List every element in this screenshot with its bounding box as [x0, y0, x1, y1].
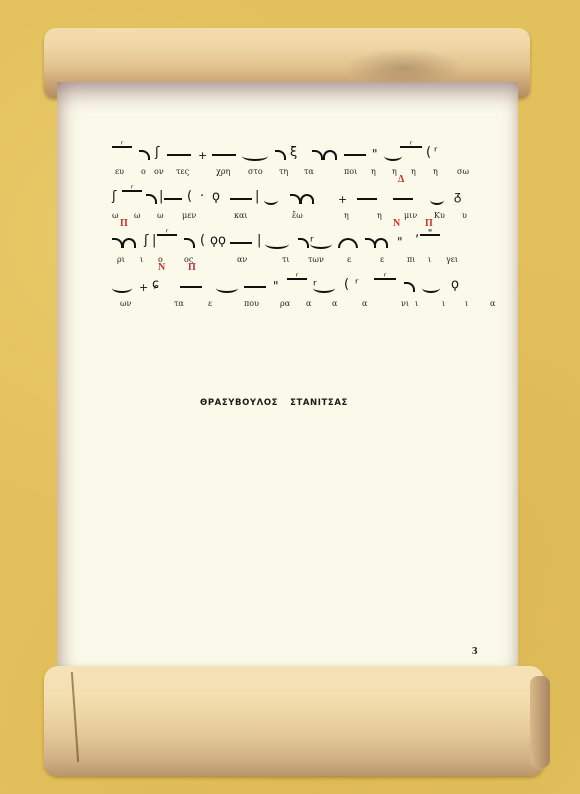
red-martyria-mark: N — [393, 218, 400, 229]
lyric-syllable: η — [371, 167, 376, 176]
neume-sign-icon: ʳ — [112, 138, 132, 154]
lyric-syllable: ι — [415, 299, 418, 308]
lyric-syllable: πι — [407, 255, 415, 264]
neume-sign-icon — [264, 190, 278, 206]
lyric-syllable: ι — [428, 255, 431, 264]
neume-sign-icon — [164, 190, 182, 206]
neume-sign-icon — [244, 278, 266, 294]
lyric-syllable: νι — [401, 299, 409, 308]
neume-sign-icon — [404, 278, 414, 294]
lyric-syllable: στο — [248, 167, 263, 176]
neume-row: ʃʳ|(·ϙ|+ᵹΔ — [112, 184, 474, 210]
neume-row: ʃ|ʳ(ϙϙ|ʳ"ʼ"ΠNΠ — [112, 228, 474, 254]
neume-sign-icon: | — [255, 189, 259, 205]
lyric-syllable: Κυ — [434, 211, 445, 220]
neume-sign-icon: ʳ — [310, 234, 332, 250]
neume-sign-icon — [212, 146, 236, 162]
red-martyria-mark: Π — [425, 218, 433, 229]
neume-sign-icon: " — [372, 146, 380, 162]
lyric-syllable: ο — [141, 167, 146, 176]
neume-sign-icon: | — [159, 189, 163, 205]
neume-sign-icon: " — [397, 234, 405, 250]
neume-sign-icon — [300, 190, 314, 206]
lyric-syllable: ον — [154, 167, 164, 176]
neume-sign-icon — [139, 146, 149, 162]
lyric-syllable: τα — [304, 167, 314, 176]
neume-sign-icon — [112, 234, 122, 250]
neume-sign-icon — [323, 146, 337, 162]
neume-sign-icon — [167, 146, 191, 162]
lyric-syllable: ι — [465, 299, 468, 308]
neume-sign-icon: ( — [187, 189, 197, 205]
neume-sign-icon: ʳ — [434, 145, 444, 161]
neume-sign-icon: ɕ — [152, 277, 168, 293]
scroll-bottom-roller — [44, 666, 544, 776]
red-martyria-mark: Π — [120, 218, 128, 229]
lyric-syllable: γει — [446, 255, 458, 264]
lyric-syllable: ποι — [344, 167, 357, 176]
neume-sign-icon — [112, 278, 132, 294]
lyric-syllable: α — [362, 299, 367, 308]
lyric-syllable: ε — [347, 255, 351, 264]
lyric-syllable: χρη — [216, 167, 230, 176]
neume-sign-icon: ϙ — [212, 189, 220, 205]
neume-sign-icon: ʳ — [374, 270, 396, 286]
neume-sign-icon: | — [152, 233, 156, 249]
neume-sign-icon: " — [273, 278, 281, 294]
lyric-row: ριιοοςαντιτωνεεπιιγει — [112, 255, 474, 267]
neume-sign-icon — [344, 146, 366, 162]
neume-sign-icon: ʳ — [313, 278, 335, 294]
neume-sign-icon: ʳ — [122, 182, 142, 198]
lyric-syllable: ι — [140, 255, 143, 264]
lyric-syllable: ω — [157, 211, 164, 220]
red-martyria-mark: N — [158, 262, 165, 273]
neume-sign-icon: ʃ — [112, 189, 118, 205]
lyric-syllable: τη — [279, 167, 288, 176]
red-martyria-mark: Δ — [398, 174, 404, 185]
roller-end-cap — [530, 676, 550, 768]
lyric-syllable: ἔω — [292, 211, 303, 220]
lyric-syllable: τα — [174, 299, 184, 308]
neume-sign-icon — [374, 234, 388, 250]
lyric-syllable: ι — [442, 299, 445, 308]
lyric-row: ωνταεπουραααανιιιια — [112, 299, 474, 311]
neume-sign-icon — [265, 234, 289, 250]
neume-sign-icon: ( — [200, 233, 210, 249]
neume-sign-icon: ʃ — [144, 233, 150, 249]
lyric-syllable: ε — [208, 299, 212, 308]
lyric-syllable: ω — [134, 211, 141, 220]
lyric-syllable: α — [306, 299, 311, 308]
lyric-syllable: ων — [120, 299, 131, 308]
neume-sign-icon: + — [139, 280, 147, 296]
lyric-syllable: υ — [462, 211, 467, 220]
lyric-syllable: α — [332, 299, 337, 308]
lyric-syllable: ε — [380, 255, 384, 264]
neume-sign-icon: ʼ — [415, 233, 419, 249]
author-first-name: ΘΡΑΣΥΒΟΥΛΟΣ — [200, 398, 278, 408]
neume-sign-icon: ʃ — [155, 145, 161, 161]
neume-sign-icon — [290, 190, 300, 206]
lyric-syllable: η — [392, 167, 397, 176]
neume-sign-icon — [146, 190, 156, 206]
neume-sign-icon — [242, 146, 268, 162]
neume-sign-icon: ( — [344, 277, 352, 293]
score-line: ʃ|ʳ(ϙϙ|ʳ"ʼ"ΠNΠριιοοςαντιτωνεεπιιγει — [112, 228, 474, 272]
neume-sign-icon: + — [198, 148, 206, 164]
score-line: +ɕ"ʳʳ(ʳʳϙNΠωνταεπουραααανιιιια — [112, 272, 474, 316]
neume-sign-icon — [312, 146, 322, 162]
neume-sign-icon — [180, 278, 202, 294]
neume-sign-icon: ( — [426, 145, 434, 161]
neume-sign-icon — [216, 278, 238, 294]
neume-sign-icon — [230, 234, 252, 250]
neume-sign-icon — [122, 234, 136, 250]
neume-sign-icon: ʳ — [157, 226, 177, 242]
neume-sign-icon: ʳ — [400, 138, 422, 154]
lyric-syllable: ρα — [280, 299, 290, 308]
neume-sign-icon: ʳ — [355, 277, 367, 293]
neume-sign-icon: | — [257, 233, 261, 249]
lyric-syllable: τες — [176, 167, 189, 176]
neume-sign-icon: + — [338, 192, 346, 208]
neume-sign-icon — [430, 190, 444, 206]
lyric-syllable: ευ — [115, 167, 124, 176]
neume-sign-icon: ᵹ — [454, 189, 464, 205]
author-last-name: ΣΤΑΝΙΤΣΑΣ — [290, 398, 348, 408]
author-name: ΘΡΑΣΥΒΟΥΛΟΣΣΤΑΝΙΤΣΑΣ — [200, 398, 380, 408]
page-number: 3 — [472, 645, 478, 657]
neume-sign-icon: ʳ — [287, 270, 307, 286]
neume-row: +ɕ"ʳʳ(ʳʳϙNΠ — [112, 272, 474, 298]
neume-sign-icon — [422, 278, 440, 294]
lyric-syllable: που — [244, 299, 259, 308]
lyric-syllable: η — [411, 167, 416, 176]
red-martyria-mark: Π — [188, 262, 196, 273]
lyric-syllable: ρι — [117, 255, 125, 264]
lyric-syllable: μιν — [404, 211, 417, 220]
score-line: ʳʃ+ξ"ʳ(ʳευοοντεςχρηστοτηταποιηηηησω — [112, 140, 474, 184]
neume-sign-icon — [275, 146, 285, 162]
neume-sign-icon: · — [200, 189, 206, 205]
lyric-row: ωωωμενκαιἔωηημινΚυυ — [112, 211, 474, 223]
neume-sign-icon: ϙϙ — [210, 233, 224, 249]
lyric-syllable: η — [433, 167, 438, 176]
neume-sign-icon: ξ — [290, 145, 304, 161]
neume-sign-icon — [357, 190, 377, 206]
lyric-syllable: μεν — [182, 211, 196, 220]
score-line: ʃʳ|(·ϙ|+ᵹΔωωωμενκαιἔωηημινΚυυ — [112, 184, 474, 228]
lyric-syllable: σω — [457, 167, 469, 176]
neume-sign-icon — [184, 234, 194, 250]
lyric-syllable: και — [234, 211, 248, 220]
neume-sign-icon — [338, 234, 358, 250]
neume-row: ʳʃ+ξ"ʳ(ʳ — [112, 140, 474, 166]
lyric-syllable: η — [377, 211, 382, 220]
lyric-syllable: ω — [112, 211, 119, 220]
lyric-syllable: των — [308, 255, 324, 264]
lyric-syllable: η — [344, 211, 349, 220]
neume-sign-icon — [230, 190, 252, 206]
neume-sign-icon: ϙ — [451, 277, 459, 293]
lyric-syllable: τι — [282, 255, 290, 264]
neume-sign-icon — [393, 190, 413, 206]
neume-sign-icon — [298, 234, 308, 250]
byzantine-music-score: ʳʃ+ξ"ʳ(ʳευοοντεςχρηστοτηταποιηηηησωʃʳ|(·… — [112, 140, 474, 316]
lyric-row: ευοοντεςχρηστοτηταποιηηηησω — [112, 167, 474, 179]
lyric-syllable: α — [490, 299, 495, 308]
lyric-syllable: αν — [237, 255, 247, 264]
